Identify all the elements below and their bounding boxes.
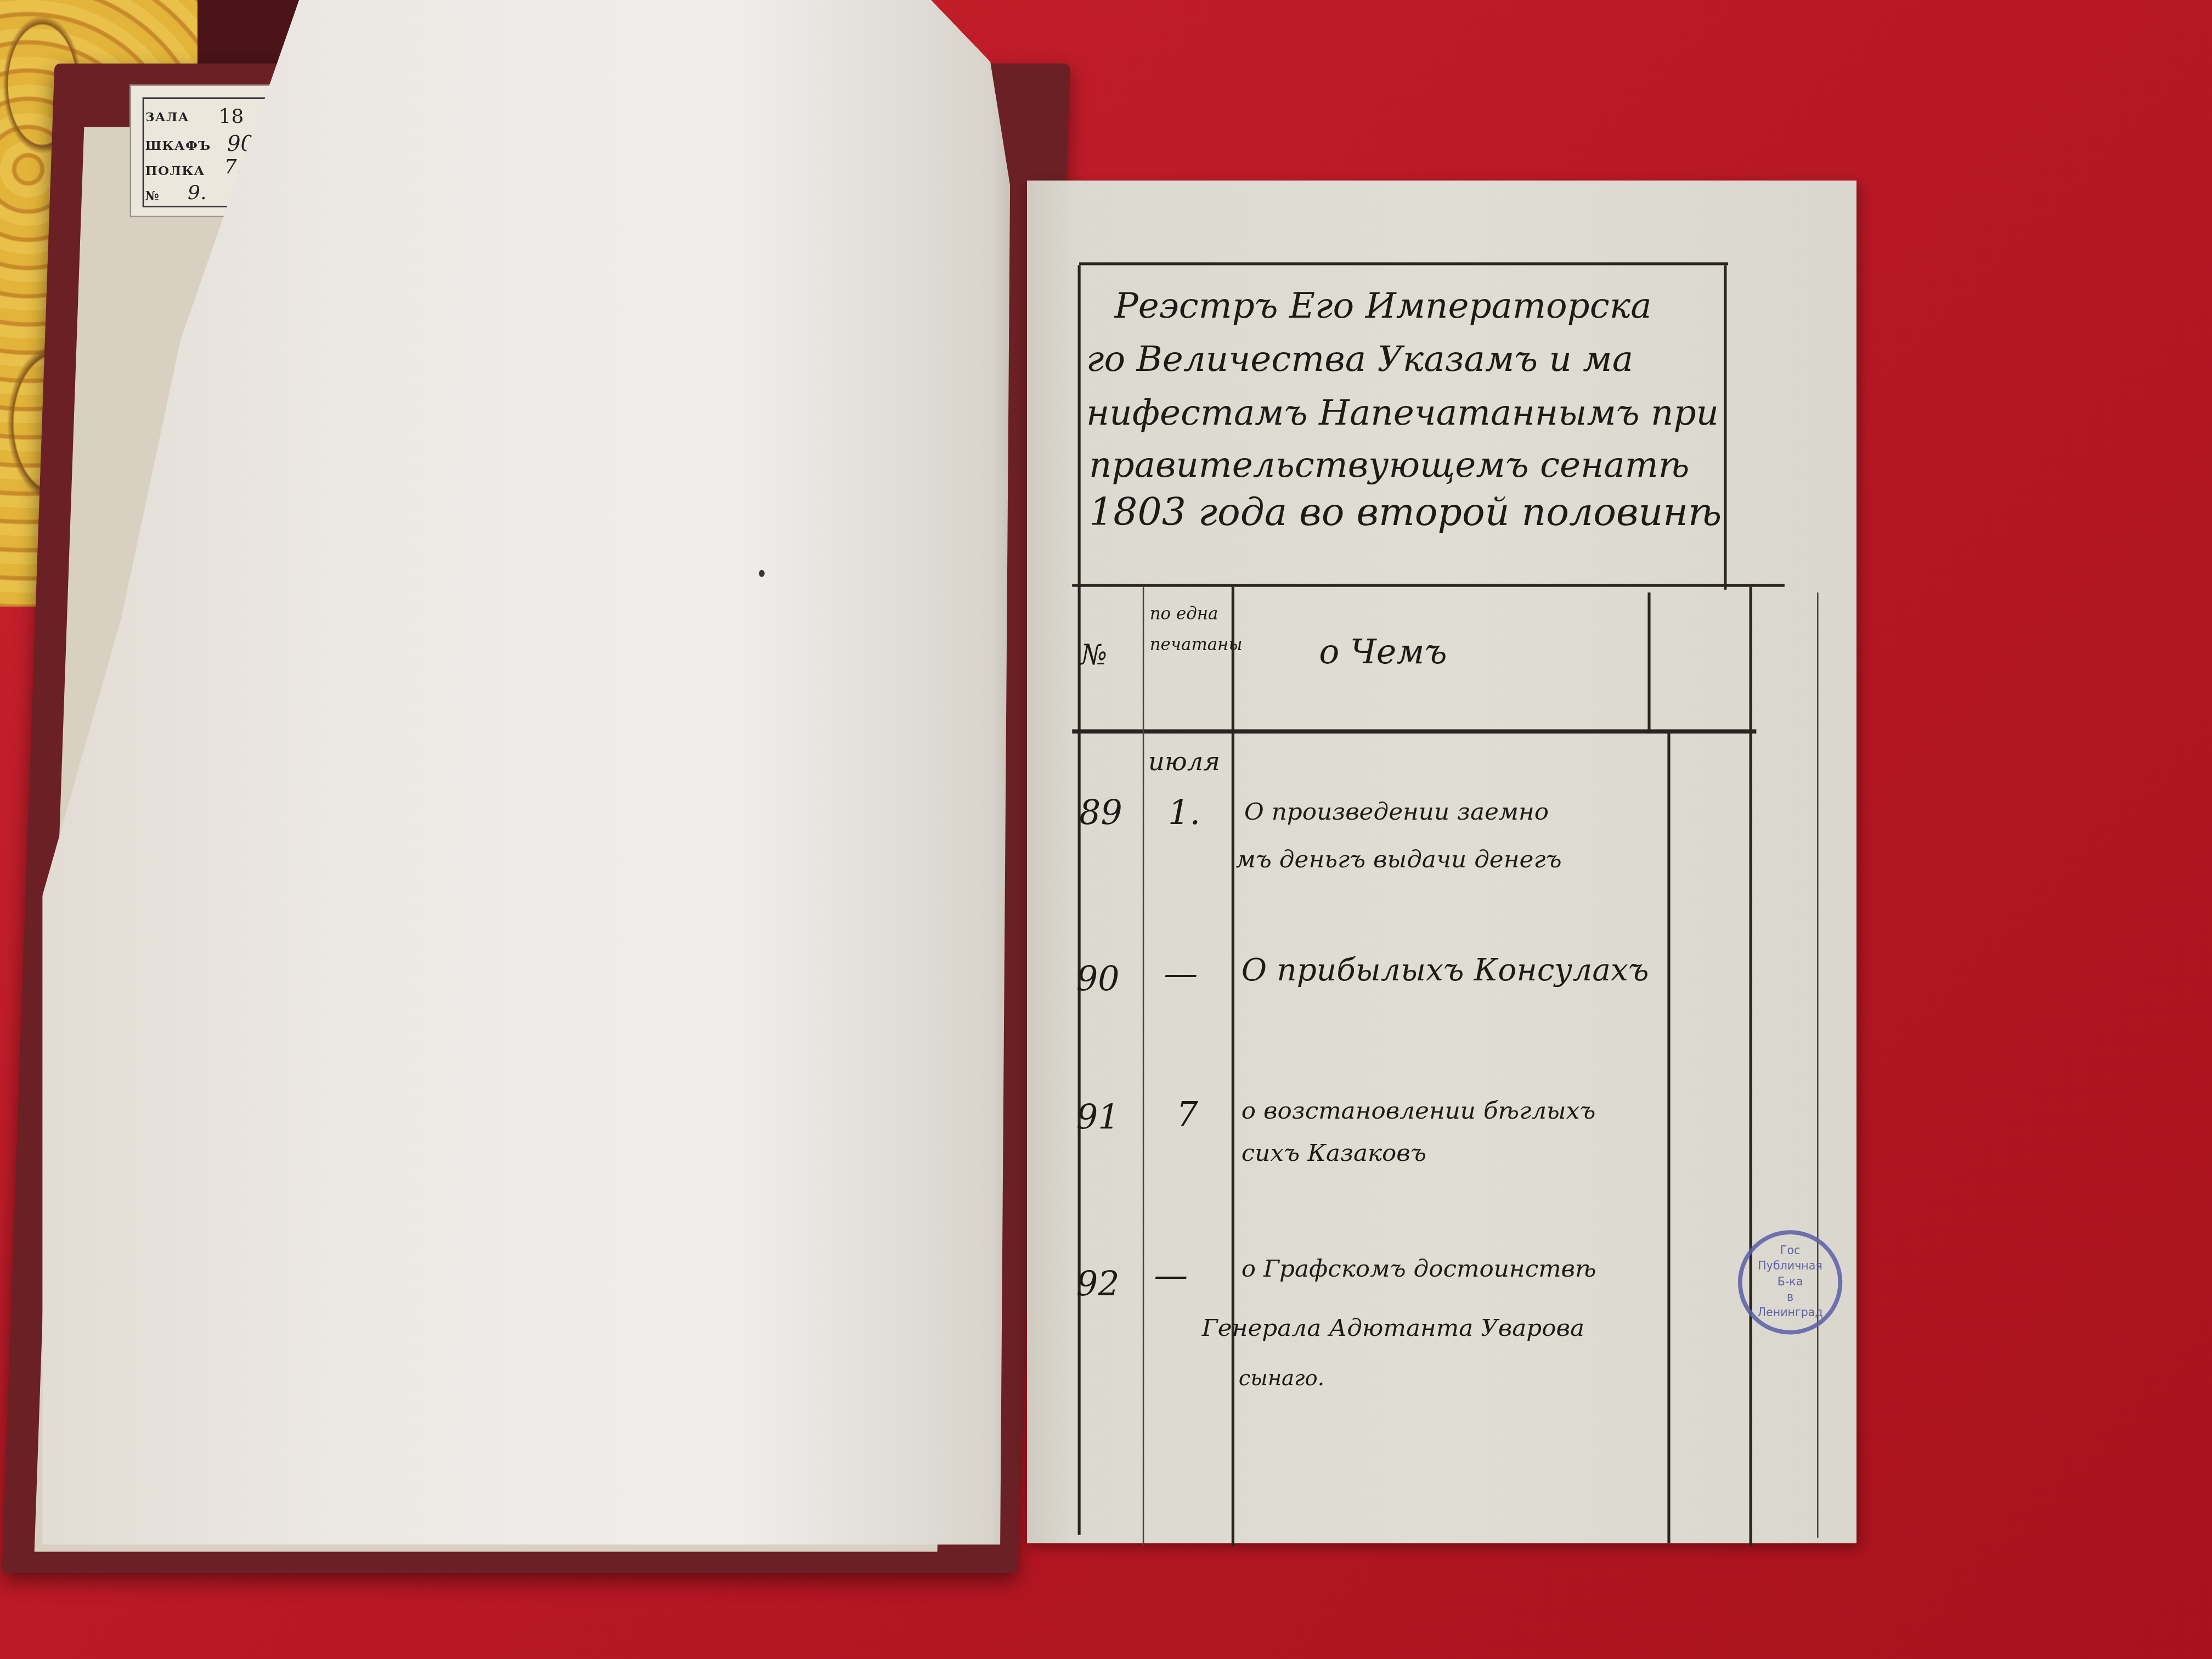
stamp-line-4: в — [1742, 1289, 1838, 1305]
row-92-sub: — — [1154, 1256, 1188, 1295]
row-91-number: 91 — [1076, 1098, 1120, 1137]
row-89-sub: 1. — [1168, 793, 1200, 832]
row-89-subject-1: О произведении заемно — [1244, 798, 1549, 826]
row-91-sub: 7 — [1177, 1094, 1198, 1134]
row-89-number: 89 — [1079, 793, 1122, 832]
header-number: № — [1081, 637, 1108, 672]
photo-scene: ЗАЛА 18 ШКАФЪ 90 ПОЛКА 7. № 9. 1. Реэстр… — [0, 0, 2212, 1659]
row-91-subject-1: о возстановлении бѣглыхъ — [1242, 1098, 1596, 1126]
stamp-line-3: Б-ка — [1742, 1274, 1838, 1289]
ink-spot — [759, 570, 764, 577]
row-89-subject-2: мъ деньгъ выдачи денегъ — [1236, 847, 1562, 874]
row-90-subject-1: О прибылыхъ Консулахъ — [1242, 953, 1649, 989]
col-divider-3 — [1667, 732, 1669, 1544]
row-92-subject-2: Генерала Адютанта Уварова — [1202, 1315, 1584, 1343]
stamp-line-1: Гос — [1742, 1243, 1838, 1258]
header-top-rule — [1072, 584, 1785, 587]
header-bottom-rule — [1072, 729, 1756, 732]
outer-left-rule — [1078, 265, 1080, 1534]
header-printed: по една печатаны — [1150, 598, 1232, 660]
col-divider-2 — [1232, 587, 1234, 1547]
row-91-subject-2: сихъ Казаковъ — [1242, 1140, 1426, 1168]
title-line-4: правительствующемъ сенатѣ — [1089, 444, 1689, 486]
stamp-line-5: Ленинград — [1742, 1305, 1838, 1321]
row-92-subject-1: о Графскомъ достоинствѣ — [1242, 1256, 1596, 1284]
shelf-label-number-value: 9. — [188, 182, 206, 205]
shelf-label-hall-label: ЗАЛА — [145, 111, 189, 126]
col-divider-3-head — [1647, 592, 1650, 733]
title-line-1: Реэстръ Его Императорска — [1114, 285, 1651, 326]
title-line-5: 1803 года во второй половинѣ — [1089, 491, 1722, 535]
shelf-label-shelf-label: ПОЛКА — [145, 165, 205, 179]
month-note: июля — [1148, 748, 1220, 777]
title-top-rule — [1079, 262, 1728, 265]
title-line-2: го Величества Указамъ и ма — [1086, 338, 1633, 380]
title-line-3: нифестамъ Напечатаннымъ при — [1086, 392, 1719, 433]
stamp-line-2: Публичная — [1742, 1259, 1838, 1274]
header-subject: о Чемъ — [1319, 632, 1447, 672]
col-divider-5 — [1817, 592, 1819, 1538]
row-90-sub: — — [1164, 953, 1198, 993]
shelf-label-number-label: № — [145, 190, 160, 205]
row-92-number: 92 — [1076, 1264, 1120, 1304]
shelf-label-cabinet-label: ШКАФЪ — [145, 140, 211, 154]
title-right-rule — [1724, 265, 1726, 589]
row-90-number: 90 — [1076, 960, 1120, 999]
col-divider-4 — [1750, 587, 1752, 1547]
row-92-subject-3: сынаго. — [1239, 1365, 1324, 1391]
col-divider-1 — [1143, 587, 1144, 1547]
library-stamp: Гос Публичная Б-ка в Ленинград — [1738, 1230, 1842, 1334]
shelf-label-hall-value: 18 — [219, 106, 244, 128]
